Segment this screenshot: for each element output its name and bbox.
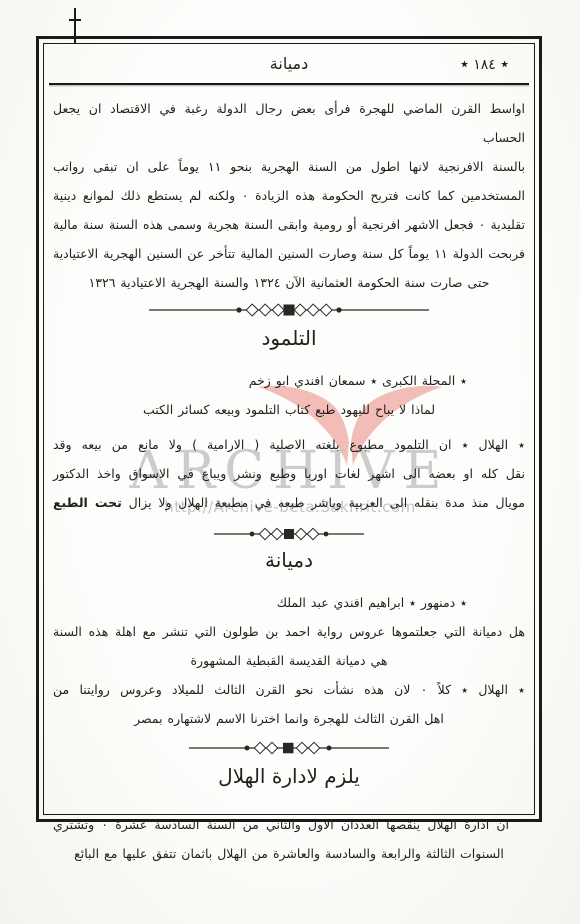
paragraph-line: مويال منذ مدة بنقله الى العربية وباشر طب… xyxy=(53,488,525,517)
paragraph-line-text: مويال منذ مدة بنقله الى العربية وباشر طب… xyxy=(129,495,525,510)
section-heading-damiana: دميانة xyxy=(53,547,525,573)
intro-paragraph: اواسط القرن الماضي للهجرة فرأى بعض رجال … xyxy=(53,94,525,297)
section-heading-notice: يلزم لادارة الهلال xyxy=(53,763,525,789)
paragraph-line: ٭ الهلال ٭ ان التلمود مطبوع بلغته الاصلي… xyxy=(53,430,525,459)
star-ornament-icon: ٭ xyxy=(460,54,469,73)
paragraph-line: المستخدمين كما كانت فتربح الحكومة هذه ال… xyxy=(53,181,525,210)
question-sender-line: ٭ المحلة الكبرى ٭ سمعان افندي ابو زخم xyxy=(53,366,525,395)
question-line: هي دميانة القديسة القبطية المشهورة xyxy=(53,646,525,675)
running-header: دميانة ٭ ١٨٤ ٭ xyxy=(53,45,525,77)
question-sender-line: ٭ دمنهور ٭ ابراهيم افندي عبد الملك xyxy=(53,588,525,617)
question-line: لماذا لا يباح لليهود طبع كتاب التلمود وب… xyxy=(53,395,525,424)
paragraph-line: حتى صارت سنة الحكومة العثمانية الآن ١٣٢٤… xyxy=(53,268,525,297)
paragraph-line: نقل كله او بعضه الى اشهر لغات اوربا وطبع… xyxy=(53,459,525,488)
page-frame: دميانة ٭ ١٨٤ ٭ اواسط القرن الماضي للهجرة… xyxy=(36,36,542,822)
star-ornament-icon: ٭ xyxy=(500,54,509,73)
paragraph-line: ان ادارة الهلال ينقصها العددان الاول وال… xyxy=(53,810,525,839)
section-divider-icon xyxy=(189,741,389,755)
running-title: دميانة xyxy=(53,45,525,73)
paragraph-line: فربحت الدولة ١١ يوماً كل سنة وصارت السني… xyxy=(53,239,525,268)
question-line: هل دميانة التي جعلتموها عروس رواية احمد … xyxy=(53,617,525,646)
page-number: ٭ ١٨٤ ٭ xyxy=(460,54,509,73)
answer-line: اهل القرن الثالث للهجرة وانما اخترنا الا… xyxy=(53,704,525,733)
paragraph-line: السنوات الثالثة والرابعة والسادسة والعاش… xyxy=(53,839,525,868)
answer-paragraph: ٭ الهلال ٭ ان التلمود مطبوع بلغته الاصلي… xyxy=(53,430,525,517)
section-heading-talmud: التلمود xyxy=(53,325,525,351)
paragraph-line: بالسنة الافرنجية لانها اطول من السنة اله… xyxy=(53,152,525,181)
answer-line: ٭ الهلال ٭ كلاً ٠ لان هذه نشأت نحو القرن… xyxy=(53,675,525,704)
paragraph-line-bold-text: تحت الطبع xyxy=(53,495,122,510)
border-cross-mark-icon xyxy=(68,6,82,50)
section-divider-icon xyxy=(214,527,364,541)
section-divider-icon xyxy=(149,303,429,317)
header-rule xyxy=(49,83,529,85)
paragraph-line: تقليدية ٠ فجعل الاشهر افرنجية أو رومية و… xyxy=(53,210,525,239)
notice-paragraph: ان ادارة الهلال ينقصها العددان الاول وال… xyxy=(53,810,525,868)
paragraph-line: اواسط القرن الماضي للهجرة فرأى بعض رجال … xyxy=(53,94,525,152)
scanned-magazine-page: ARCHIVE http://Archive-beta.Sakhrit.com … xyxy=(0,0,580,924)
page-number-value: ١٨٤ xyxy=(473,57,496,73)
